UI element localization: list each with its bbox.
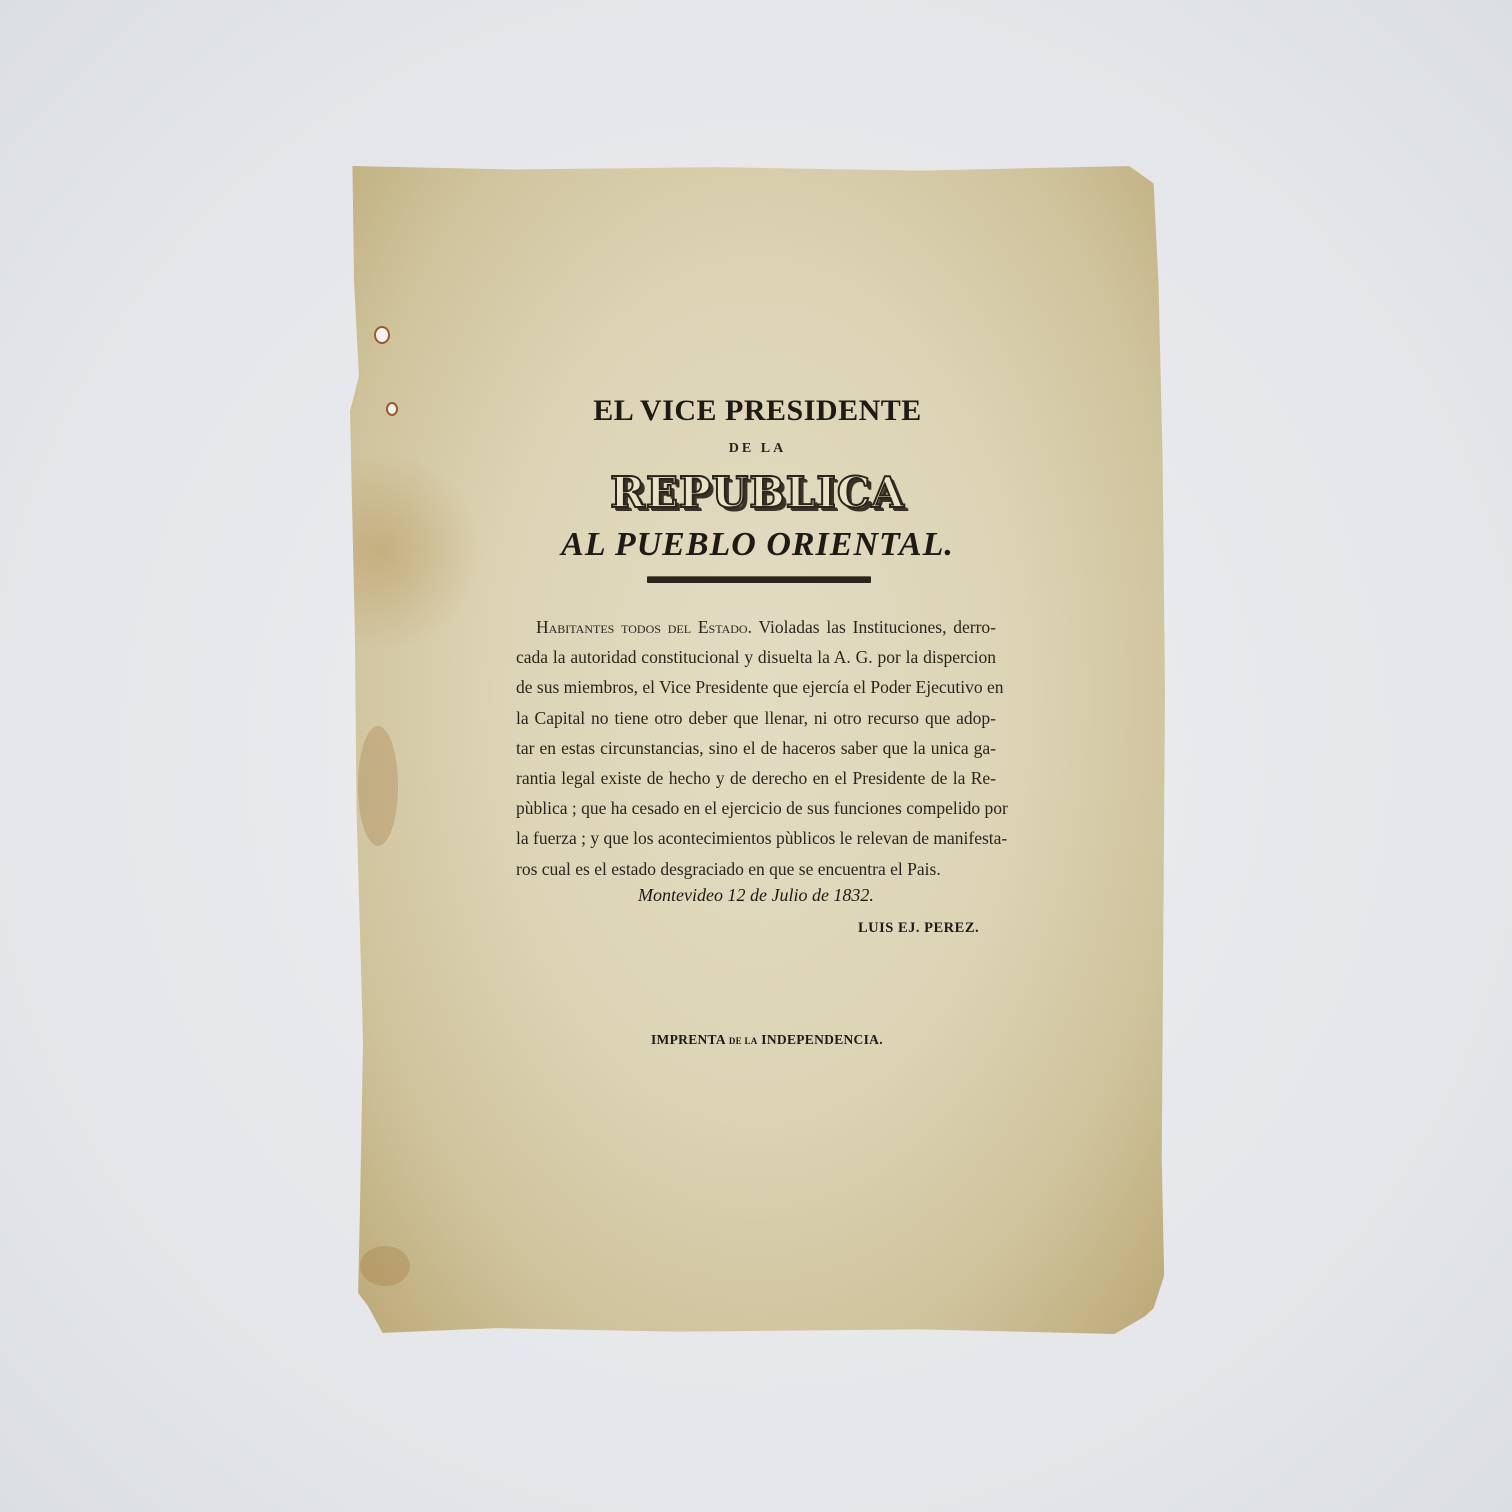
heading-vice-presidente: EL VICE PRESIDENTE	[350, 394, 1165, 428]
water-stain	[360, 1246, 410, 1286]
body-lead: Habitantes todos del Estado.	[536, 617, 752, 637]
decorative-rule	[647, 576, 871, 583]
body-line: pùblica ; que ha cesado en el ejercicio …	[516, 793, 996, 823]
body-line: tar en estas circunstancias, sino el de …	[516, 733, 996, 763]
body-line: de sus miembros, el Vice Presidente que …	[516, 672, 996, 702]
body-line: la Capital no tiene otro deber que llena…	[516, 703, 996, 733]
heading-de-la: DE LA	[350, 441, 1165, 457]
signature: LUIS EJ. PEREZ.	[858, 920, 979, 937]
heading-republica: REPUBLICA	[350, 468, 1165, 517]
historical-broadside: EL VICE PRESIDENTE DE LA REPUBLICA AL PU…	[350, 166, 1165, 1334]
proclamation-body: Habitantes todos del Estado. Violadas la…	[516, 612, 996, 884]
dateline: Montevideo 12 de Julio de 1832.	[638, 885, 874, 906]
body-line: la fuerza ; y que los acontecimientos pù…	[516, 823, 996, 853]
heading-al-pueblo-oriental: AL PUEBLO ORIENTAL.	[350, 526, 1165, 564]
body-line: Habitantes todos del Estado. Violadas la…	[516, 612, 996, 642]
body-line: rantia legal existe de hecho y de derech…	[516, 763, 996, 793]
body-line: ros cual es el estado desgraciado en que…	[516, 854, 996, 884]
water-stain	[358, 726, 398, 846]
printer-imprint: IMPRENTA DE LA INDEPENDENCIA.	[651, 1032, 883, 1048]
pin-hole	[374, 326, 390, 344]
body-line: cada la autoridad constitucional y disue…	[516, 642, 996, 672]
